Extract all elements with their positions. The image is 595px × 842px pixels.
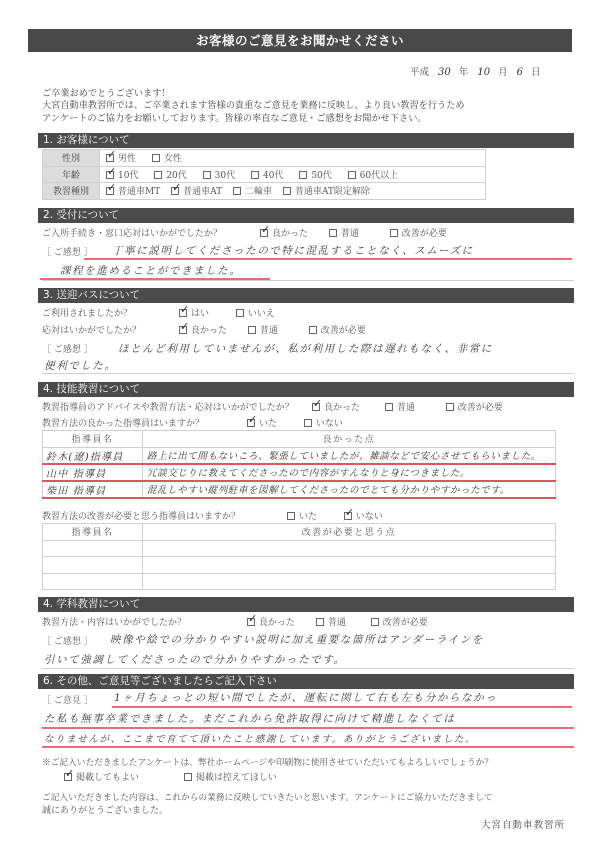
checkbox-icon[interactable] xyxy=(251,171,259,179)
option-normal[interactable]: 普通 xyxy=(329,226,359,239)
option-label: 女性 xyxy=(164,154,182,164)
checkbox-checked-icon[interactable] xyxy=(260,229,268,237)
option-50s[interactable]: 50代 xyxy=(299,168,331,181)
option-female[interactable]: 女性 xyxy=(152,151,182,164)
option-label: 普通車AT限定解除 xyxy=(295,187,370,197)
age-options: 10代 20代 30代 40代 50代 60代以上 xyxy=(100,166,486,183)
comment-label: ［ ご感想 ］ xyxy=(42,342,93,355)
checkbox-checked-icon[interactable] xyxy=(247,419,255,427)
checkbox-checked-icon[interactable] xyxy=(179,326,187,334)
option-good[interactable]: 良かった xyxy=(179,323,227,336)
option-label: 良かった xyxy=(324,403,360,413)
option-label: 良かった xyxy=(191,326,227,336)
checkbox-icon[interactable] xyxy=(233,187,241,195)
option-label: 掲載してもよい xyxy=(76,773,139,783)
checkbox-checked-icon[interactable] xyxy=(344,512,352,520)
table-row: 山中 指導員 冗談交じりに教えてくださったので内容がすんなりと身につきました。 xyxy=(43,464,556,481)
column-header-good-points: 良かった点 xyxy=(143,431,556,448)
option-label: 50代 xyxy=(311,171,331,181)
bus-service-question: 応対はいかがでしたか？ 良かった 普通 改善が必要 xyxy=(42,323,141,336)
improve-instructor-table: 指導員名 改善が必要と思う点 xyxy=(42,523,556,590)
table-row xyxy=(43,573,556,590)
checkbox-icon[interactable] xyxy=(287,512,295,520)
checkbox-icon[interactable] xyxy=(154,171,162,179)
option-no[interactable]: いいえ xyxy=(236,306,275,319)
bus-service-options: 良かった 普通 改善が必要 xyxy=(179,323,379,336)
section-1-header: 1. お客様について xyxy=(38,133,574,148)
option-label: いた xyxy=(259,419,277,429)
question-text: 教習方法の良かった指導員はいますか？ xyxy=(42,416,204,429)
intro-line: 大宮自動車教習所では、ご卒業されます皆様の貴重なご意見を業務に反映し、より良い教… xyxy=(42,100,562,112)
checkbox-icon[interactable] xyxy=(184,773,192,781)
instructor-name[interactable]: 柴田 指導員 xyxy=(43,481,143,498)
improve-point[interactable] xyxy=(143,557,556,574)
option-label: 10代 xyxy=(118,171,138,181)
intro-text: ご卒業おめでとうございます！ 大宮自動車教習所では、ご卒業されます皆様の貴重なご… xyxy=(42,88,562,125)
option-mt[interactable]: 普通車MT xyxy=(106,184,160,197)
reception-question: ご入所手続き・窓口応対はいかがでしたか？ 良かった 普通 改善が必要 xyxy=(42,226,222,239)
course-type-options: 普通車MT 普通車AT 二輪車 普通車AT限定解除 xyxy=(100,183,486,200)
option-normal[interactable]: 普通 xyxy=(385,400,415,413)
gender-label: 性別 xyxy=(43,150,100,167)
checkbox-checked-icon[interactable] xyxy=(106,171,114,179)
good-instructor-table: 指導員名 良かった点 鈴木(遼)指導員 路上に出て間もないころ、緊張していました… xyxy=(42,430,556,499)
date-era: 平成 xyxy=(410,67,429,78)
red-underline xyxy=(84,258,572,260)
checkbox-icon[interactable] xyxy=(283,187,291,195)
option-at-limit-removal[interactable]: 普通車AT限定解除 xyxy=(283,184,370,197)
date-year-unit: 年 xyxy=(459,67,469,78)
column-header-name: 指導員名 xyxy=(43,524,143,541)
other-comment-line-2[interactable]: た私も無事卒業できました。まだこれから免許取得に向けて精進しなくては xyxy=(44,711,574,726)
red-underline xyxy=(112,706,572,708)
question-text: ご入所手続き・窓口応対はいかがでしたか？ xyxy=(42,226,222,239)
instructor-name[interactable]: 鈴木(遼)指導員 xyxy=(43,447,143,464)
checkbox-icon[interactable] xyxy=(348,171,356,179)
checkbox-icon[interactable] xyxy=(371,618,379,626)
checkbox-checked-icon[interactable] xyxy=(312,403,320,411)
table-header-row: 指導員名 良かった点 xyxy=(43,431,556,448)
checkbox-icon[interactable] xyxy=(152,154,160,162)
option-10s[interactable]: 10代 xyxy=(106,168,138,181)
section-5-header: 4. 学科教習について xyxy=(38,597,574,612)
classroom-comment-line-1[interactable]: 映像や絵での分かりやすい説明に加え重要な箇所はアンダーラインを xyxy=(110,632,574,647)
option-label: 普通車AT xyxy=(183,187,222,197)
closing-line-2: 誠にありがとうございました。 xyxy=(42,803,168,816)
table-row: 柴田 指導員 混乱しやすい縦列駐車を図解してくださったのでとても分かりやすかった… xyxy=(43,481,556,498)
good-instructor-options: いた いない xyxy=(247,416,356,429)
option-normal[interactable]: 普通 xyxy=(248,323,278,336)
option-label: いいえ xyxy=(248,309,275,319)
question-text: 教習方法・内容はいかがでしたか？ xyxy=(42,615,186,628)
option-needs-improvement[interactable]: 改善が必要 xyxy=(390,226,447,239)
question-text: ご利用されましたか？ xyxy=(42,306,132,319)
publish-options: 掲載してもよい 掲載は控えてほしい xyxy=(64,770,290,783)
instructor-name[interactable]: 山中 指導員 xyxy=(43,464,143,481)
reception-options: 良かった 普通 改善が必要 xyxy=(260,226,460,239)
bus-usage-question: ご利用されましたか？ はい いいえ xyxy=(42,306,132,319)
good-point[interactable]: 混乱しやすい縦列駐車を図解してくださったのでとても分かりやすかったです。 xyxy=(143,481,556,498)
option-label: 男性 xyxy=(118,154,136,164)
option-label: 改善が必要 xyxy=(321,326,366,336)
bus-usage-options: はい いいえ xyxy=(179,306,288,319)
date-day-unit: 日 xyxy=(531,67,541,78)
option-label: 30代 xyxy=(215,171,235,181)
checkbox-icon[interactable] xyxy=(385,403,393,411)
option-at[interactable]: 普通車AT xyxy=(171,184,222,197)
option-label: 40代 xyxy=(263,171,283,181)
instructor-advice-options: 良かった 普通 改善が必要 xyxy=(312,400,516,413)
option-good[interactable]: 良かった xyxy=(312,400,360,413)
instructor-advice-question: 教習指導員のアドバイスや教習方法・応対はいかがでしたか？ 良かった 普通 改善が… xyxy=(42,400,294,413)
checkbox-checked-icon[interactable] xyxy=(64,773,72,781)
checkbox-icon[interactable] xyxy=(390,229,398,237)
option-publish-ok[interactable]: 掲載してもよい xyxy=(64,770,139,783)
option-label: 普通 xyxy=(341,229,359,239)
option-label: 二輪車 xyxy=(245,187,272,197)
option-label: 良かった xyxy=(259,618,295,628)
checkbox-icon[interactable] xyxy=(299,171,307,179)
checkbox-checked-icon[interactable] xyxy=(171,187,179,195)
checkbox-icon[interactable] xyxy=(446,403,454,411)
option-motorcycle[interactable]: 二輪車 xyxy=(233,184,272,197)
option-good[interactable]: 良かった xyxy=(260,226,308,239)
question-text: 教習指導員のアドバイスや教習方法・応対はいかがでしたか？ xyxy=(42,400,294,413)
column-header-improve-points: 改善が必要と思う点 xyxy=(143,524,556,541)
date-field: 平成 30年 10月 6日 xyxy=(410,64,541,78)
other-comment-line-1[interactable]: 1ヶ月ちょっとの短い間でしたが、運転に関して右も左も分からなかっ xyxy=(114,690,572,705)
option-no[interactable]: いない xyxy=(344,509,383,522)
other-comment-line-3[interactable]: なりませんが、ここまで育てて頂いたこと感謝しています。ありがとうございました。 xyxy=(44,731,534,745)
question-text: 応対はいかがでしたか？ xyxy=(42,323,141,336)
classroom-question: 教習方法・内容はいかがでしたか？ 良かった 普通 改善が必要 xyxy=(42,615,186,628)
option-label: 20代 xyxy=(166,171,186,181)
good-point[interactable]: 路上に出て間もないころ、緊張していましたが、雑談などで安心させてもらいました。 xyxy=(143,447,556,464)
checkbox-icon[interactable] xyxy=(309,326,317,334)
option-needs-improvement[interactable]: 改善が必要 xyxy=(371,615,428,628)
instructor-name[interactable] xyxy=(43,557,143,574)
survey-form: お客様のご意見をお聞かせください 平成 30年 10月 6日 ご卒業おめでとうご… xyxy=(0,0,595,842)
option-label: 普通 xyxy=(328,618,346,628)
option-label: 掲載は控えてほしい xyxy=(196,773,277,783)
intro-line: ご卒業おめでとうございます！ xyxy=(42,88,562,100)
customer-info-table: 性別 男性 女性 年齢 10代 20代 30代 40代 50代 60代以上 教習… xyxy=(42,149,486,200)
intro-line: アンケートのご協力をお願いしております。皆様の率直なご意見・ご感想をお聞かせ下さ… xyxy=(42,113,562,125)
option-yes[interactable]: いた xyxy=(287,509,317,522)
classroom-comment-line-2[interactable]: 引いて強調してくださったので分かりやすかったです。 xyxy=(44,652,504,667)
option-label: 改善が必要 xyxy=(383,618,428,628)
reception-comment-line-2[interactable]: 課程を進めることができました。 xyxy=(60,263,560,278)
section-2-header: 2. 受付について xyxy=(38,208,574,223)
instructor-name[interactable] xyxy=(43,540,143,557)
improve-instructor-options: いた いない xyxy=(287,509,396,522)
reception-comment-line-1[interactable]: 丁寧に説明してくださったので特に混乱することなく、スムーズに xyxy=(112,243,572,258)
improve-point[interactable] xyxy=(143,540,556,557)
date-month-unit: 月 xyxy=(498,67,508,78)
comment-label: ［ ご意見 ］ xyxy=(42,693,93,706)
option-label: いた xyxy=(299,512,317,522)
option-label: 改善が必要 xyxy=(402,229,447,239)
option-normal[interactable]: 普通 xyxy=(316,615,346,628)
age-row: 年齢 10代 20代 30代 40代 50代 60代以上 xyxy=(43,166,486,183)
comment-rule xyxy=(42,668,574,669)
option-label: 改善が必要 xyxy=(458,403,503,413)
option-label: 普通 xyxy=(260,326,278,336)
comment-rule xyxy=(42,280,574,281)
option-needs-improvement[interactable]: 改善が必要 xyxy=(446,400,503,413)
option-yes[interactable]: はい xyxy=(179,306,209,319)
question-text: 教習方法の改善が必要と思う指導員はいますか？ xyxy=(42,509,240,522)
option-label: 60代以上 xyxy=(360,171,398,181)
option-40s[interactable]: 40代 xyxy=(251,168,283,181)
school-signature: 大宮自動車教習所 xyxy=(481,817,565,831)
checkbox-icon[interactable] xyxy=(203,171,211,179)
date-year[interactable]: 30 xyxy=(438,67,451,78)
checkbox-icon[interactable] xyxy=(304,419,312,427)
instructor-name[interactable] xyxy=(43,573,143,590)
checkbox-checked-icon[interactable] xyxy=(179,309,187,317)
table-row: 鈴木(遼)指導員 路上に出て間もないころ、緊張していましたが、雑談などで安心させ… xyxy=(43,447,556,464)
section-4-header: 4. 技能教習について xyxy=(38,382,574,397)
option-label: いない xyxy=(316,419,343,429)
checkbox-icon[interactable] xyxy=(236,309,244,317)
option-60s-plus[interactable]: 60代以上 xyxy=(348,168,398,181)
comment-label: ［ ご感想 ］ xyxy=(42,634,93,647)
checkbox-checked-icon[interactable] xyxy=(106,187,114,195)
option-needs-improvement[interactable]: 改善が必要 xyxy=(309,323,366,336)
course-type-row: 教習種別 普通車MT 普通車AT 二輪車 普通車AT限定解除 xyxy=(43,183,486,200)
option-label: 良かった xyxy=(272,229,308,239)
red-underline xyxy=(42,746,574,748)
option-yes[interactable]: いた xyxy=(247,416,277,429)
checkbox-icon[interactable] xyxy=(316,618,324,626)
date-month[interactable]: 10 xyxy=(477,67,490,78)
good-point[interactable]: 冗談交じりに教えてくださったので内容がすんなりと身につきました。 xyxy=(143,464,556,481)
course-type-label: 教習種別 xyxy=(43,183,100,200)
checkbox-icon[interactable] xyxy=(329,229,337,237)
option-publish-no[interactable]: 掲載は控えてほしい xyxy=(184,770,277,783)
classroom-options: 良かった 普通 改善が必要 xyxy=(247,615,441,628)
comment-label: ［ ご感想 ］ xyxy=(42,245,93,258)
improve-instructor-question: 教習方法の改善が必要と思う指導員はいますか？ いた いない xyxy=(42,509,240,522)
section-6-header: 6. その他、ご意見等ございましたらご記入下さい xyxy=(38,674,574,689)
table-header-row: 指導員名 改善が必要と思う点 xyxy=(43,524,556,541)
good-instructor-question: 教習方法の良かった指導員はいますか？ いた いない xyxy=(42,416,204,429)
option-label: はい xyxy=(191,309,209,319)
table-row xyxy=(43,540,556,557)
red-underline xyxy=(42,727,574,729)
table-row xyxy=(43,557,556,574)
section-3-header: 3. 送迎バスについて xyxy=(38,288,574,303)
date-day[interactable]: 6 xyxy=(517,67,523,78)
option-label: いない xyxy=(356,512,383,522)
bus-comment-line-1[interactable]: ほとんど利用していませんが、私が利用した際は遅れもなく、非常に xyxy=(118,341,570,356)
bus-comment-line-2[interactable]: 便利でした。 xyxy=(44,358,444,373)
comment-rule xyxy=(42,373,574,374)
closing-line-1: ご記入いただきました内容は、これからの業務に反映していきたいと思います。アンケー… xyxy=(42,791,493,803)
gender-row: 性別 男性 女性 xyxy=(43,150,486,167)
option-label: 普通 xyxy=(397,403,415,413)
option-good[interactable]: 良かった xyxy=(247,615,295,628)
option-20s[interactable]: 20代 xyxy=(154,168,186,181)
checkbox-checked-icon[interactable] xyxy=(247,618,255,626)
improve-point[interactable] xyxy=(143,573,556,590)
gender-options: 男性 女性 xyxy=(100,150,486,167)
checkbox-checked-icon[interactable] xyxy=(106,154,114,162)
form-title: お客様のご意見をお聞かせください xyxy=(28,29,572,52)
option-male[interactable]: 男性 xyxy=(106,151,136,164)
checkbox-icon[interactable] xyxy=(248,326,256,334)
option-30s[interactable]: 30代 xyxy=(203,168,235,181)
column-header-name: 指導員名 xyxy=(43,431,143,448)
publish-question: ※ご記入いただきましたアンケートは、弊社ホームページや印刷物に使用させていただい… xyxy=(42,756,493,768)
age-label: 年齢 xyxy=(43,166,100,183)
option-label: 普通車MT xyxy=(118,187,160,197)
option-no[interactable]: いない xyxy=(304,416,343,429)
